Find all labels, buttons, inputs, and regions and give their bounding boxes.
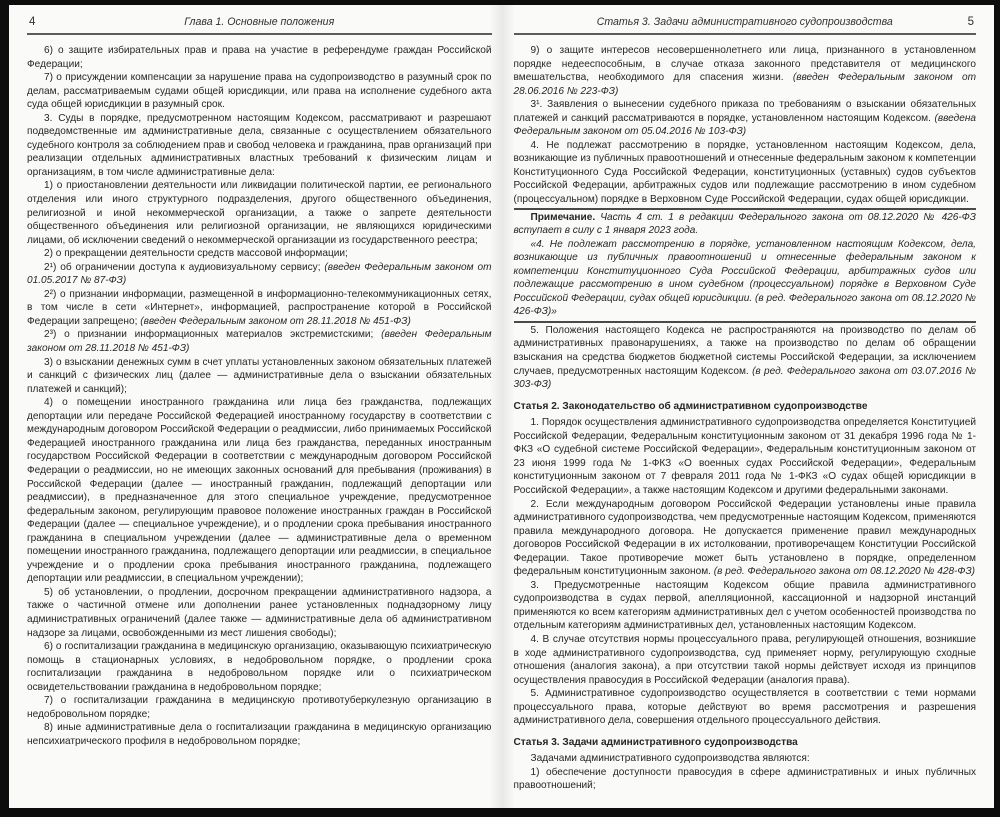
paragraph: 2³) о признании информационных материало… <box>27 328 492 355</box>
text-run: 3. Предусмотренные настоящим Кодексом об… <box>514 580 977 632</box>
paragraph: 7) о присуждении компенсации за нарушени… <box>27 71 492 112</box>
note-paragraph: «4. Не подлежат рассмотрению в порядке, … <box>514 238 977 319</box>
amendment-reference-text: (в ред. Федерального закона от 08.12.202… <box>714 566 975 577</box>
left-page-header: 4 Глава 1. Основные положения <box>27 14 492 35</box>
note-block: Примечание. Часть 4 ст. 1 в редакции Фед… <box>514 208 977 323</box>
text-run: 1) обеспечение доступности правосудия в … <box>514 767 977 792</box>
paragraph: 4. Не подлежат рассмотрению в порядке, у… <box>514 139 977 207</box>
text-run: 8) иные административные дела о госпитал… <box>27 722 492 747</box>
text-run: 7) о присуждении компенсации за нарушени… <box>27 72 492 110</box>
left-running-title: Глава 1. Основные положения <box>63 16 456 28</box>
left-page-body: 6) о защите избирательных прав и права н… <box>27 44 492 748</box>
paragraph: 6) о защите избирательных прав и права н… <box>27 44 492 71</box>
paragraph: 1) о приостановлении деятельности или ли… <box>27 179 492 247</box>
text-run: 3¹. Заявления о вынесении судебного прик… <box>514 99 977 124</box>
paragraph: 6) о госпитализации гражданина в медицин… <box>27 640 492 694</box>
text-run: 2¹) об ограничении доступа к аудиовизуал… <box>44 262 324 273</box>
right-page-body: 9) о защите интересов несовершеннолетнег… <box>514 44 977 793</box>
text-run: 6) о защите избирательных прав и права н… <box>27 45 492 70</box>
note-paragraph: Примечание. Часть 4 ст. 1 в редакции Фед… <box>514 211 977 238</box>
right-page-header: Статья 3. Задачи административного судоп… <box>514 14 977 35</box>
paragraph: 4. В случае отсутствия нормы процессуаль… <box>514 633 977 687</box>
paragraph: 3) о взыскании денежных сумм в счет упла… <box>27 356 492 397</box>
paragraph: 2. Если международным договором Российск… <box>514 498 977 579</box>
text-run: 3. Суды в порядке, предусмотренном насто… <box>27 113 492 178</box>
book-spread: 4 Глава 1. Основные положения 6) о защит… <box>9 5 994 808</box>
paragraph: 3. Суды в порядке, предусмотренном насто… <box>27 112 492 180</box>
text-run: 6) о госпитализации гражданина в медицин… <box>27 641 492 693</box>
paragraph: 2¹) об ограничении доступа к аудиовизуал… <box>27 261 492 288</box>
paragraph: 2) о прекращении деятельности средств ма… <box>27 247 492 261</box>
text-run: 5. Административное судопроизводство осу… <box>514 688 977 726</box>
article-heading: Статья 3. Задачи административного судоп… <box>514 736 977 750</box>
paragraph: 5) об установлении, о продлении, досрочн… <box>27 586 492 640</box>
text-run: 5) об установлении, о продлении, досрочн… <box>27 587 492 639</box>
text-run: Примечание. <box>531 212 596 223</box>
amendment-reference-text: (введен Федеральным законом от 28.11.201… <box>140 316 411 327</box>
right-page-number: 5 <box>940 16 974 28</box>
paragraph: 1. Порядок осуществления административно… <box>514 416 977 497</box>
paragraph: 3¹. Заявления о вынесении судебного прик… <box>514 98 977 139</box>
text-run: Статья 2. Законодательство об администра… <box>514 401 868 412</box>
text-run: 1. Порядок осуществления административно… <box>514 417 977 496</box>
left-page-number: 4 <box>29 16 63 28</box>
paragraph: 3. Предусмотренные настоящим Кодексом об… <box>514 579 977 633</box>
text-run: 7) о госпитализации гражданина в медицин… <box>27 695 492 720</box>
left-page: 4 Глава 1. Основные положения 6) о защит… <box>9 5 502 808</box>
paragraph: Задачами административного судопроизводс… <box>514 752 977 766</box>
paragraph: 2²) о признании информации, размещенной … <box>27 288 492 329</box>
paragraph: 5. Административное судопроизводство осу… <box>514 687 977 728</box>
text-run: 1) о приостановлении деятельности или ли… <box>27 180 492 245</box>
right-page: Статья 3. Задачи административного судоп… <box>502 5 995 808</box>
text-run: 4. В случае отсутствия нормы процессуаль… <box>514 634 977 686</box>
text-run: Статья 3. Задачи административного судоп… <box>514 737 798 748</box>
scan-frame: 4 Глава 1. Основные положения 6) о защит… <box>0 0 1000 817</box>
paragraph: 7) о госпитализации гражданина в медицин… <box>27 694 492 721</box>
text-run: 2³) о признании информационных материало… <box>44 329 381 340</box>
right-running-title: Статья 3. Задачи административного судоп… <box>550 16 941 28</box>
paragraph: 8) иные административные дела о госпитал… <box>27 721 492 748</box>
text-run: 4. Не подлежат рассмотрению в порядке, у… <box>514 140 977 205</box>
text-run: 4) о помещении иностранного гражданина и… <box>27 397 492 584</box>
text-run: 2) о прекращении деятельности средств ма… <box>44 248 348 259</box>
text-run: 3) о взыскании денежных сумм в счет упла… <box>27 357 492 395</box>
paragraph: 4) о помещении иностранного гражданина и… <box>27 396 492 586</box>
paragraph: 5. Положения настоящего Кодекса не распр… <box>514 324 977 392</box>
paragraph: 1) обеспечение доступности правосудия в … <box>514 766 977 793</box>
paragraph: 9) о защите интересов несовершеннолетнег… <box>514 44 977 98</box>
article-heading: Статья 2. Законодательство об администра… <box>514 400 977 414</box>
text-run: Задачами административного судопроизводс… <box>531 753 810 764</box>
amendment-reference-text: «4. Не подлежат рассмотрению в порядке, … <box>514 239 977 318</box>
